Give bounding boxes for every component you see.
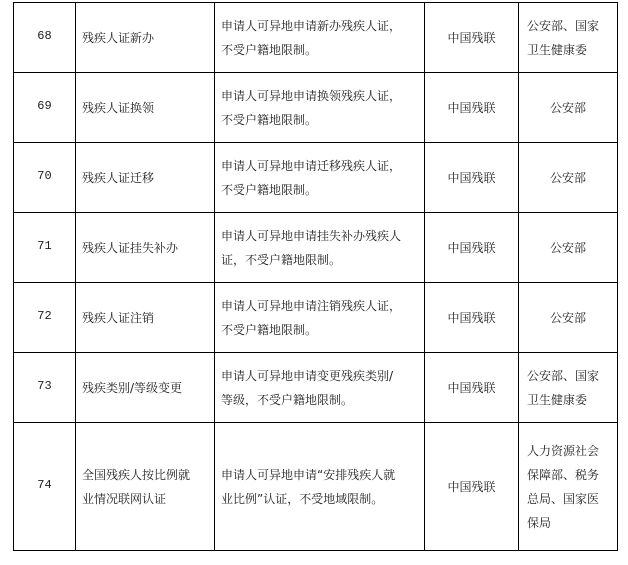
- item-name: 残疾人证挂失补办: [76, 213, 215, 283]
- item-name: 残疾人证注销: [76, 283, 215, 353]
- lead-department: 中国残联: [425, 143, 519, 213]
- row-number: 69: [14, 73, 76, 143]
- table-row: 73 残疾类别/等级变更 申请人可异地申请变更残疾类别/ 等级，不受户籍地限制。…: [14, 353, 618, 423]
- table-row: 70 残疾人证迁移 申请人可异地申请迁移残疾人证， 不受户籍地限制。 中国残联 …: [14, 143, 618, 213]
- item-description: 申请人可异地申请换领残疾人证， 不受户籍地限制。: [215, 73, 425, 143]
- lead-department: 中国残联: [425, 423, 519, 551]
- row-number: 68: [14, 3, 76, 73]
- row-number: 71: [14, 213, 76, 283]
- table-row: 69 残疾人证换领 申请人可异地申请换领残疾人证， 不受户籍地限制。 中国残联 …: [14, 73, 618, 143]
- row-number: 72: [14, 283, 76, 353]
- row-number: 70: [14, 143, 76, 213]
- row-number: 73: [14, 353, 76, 423]
- services-table: 68 残疾人证新办 申请人可异地申请新办残疾人证， 不受户籍地限制。 中国残联 …: [13, 2, 618, 551]
- item-description: 申请人可异地申请注销残疾人证， 不受户籍地限制。: [215, 283, 425, 353]
- cooperating-departments: 公安部: [519, 213, 618, 283]
- lead-department: 中国残联: [425, 353, 519, 423]
- table-row: 72 残疾人证注销 申请人可异地申请注销残疾人证， 不受户籍地限制。 中国残联 …: [14, 283, 618, 353]
- cooperating-departments: 人力资源社会 保障部、税务 总局、国家医 保局: [519, 423, 618, 551]
- item-description: 申请人可异地申请挂失补办残疾人 证，不受户籍地限制。: [215, 213, 425, 283]
- item-name: 全国残疾人按比例就 业情况联网认证: [76, 423, 215, 551]
- item-name: 残疾人证新办: [76, 3, 215, 73]
- table-row: 74 全国残疾人按比例就 业情况联网认证 申请人可异地申请“安排残疾人就 业比例…: [14, 423, 618, 551]
- item-name: 残疾人证迁移: [76, 143, 215, 213]
- cooperating-departments: 公安部: [519, 283, 618, 353]
- lead-department: 中国残联: [425, 3, 519, 73]
- cooperating-departments: 公安部: [519, 143, 618, 213]
- table-row: 71 残疾人证挂失补办 申请人可异地申请挂失补办残疾人 证，不受户籍地限制。 中…: [14, 213, 618, 283]
- item-name: 残疾类别/等级变更: [76, 353, 215, 423]
- row-number: 74: [14, 423, 76, 551]
- lead-department: 中国残联: [425, 213, 519, 283]
- item-description: 申请人可异地申请迁移残疾人证， 不受户籍地限制。: [215, 143, 425, 213]
- cooperating-departments: 公安部、国家 卫生健康委: [519, 3, 618, 73]
- item-name: 残疾人证换领: [76, 73, 215, 143]
- item-description: 申请人可异地申请变更残疾类别/ 等级，不受户籍地限制。: [215, 353, 425, 423]
- table-row: 68 残疾人证新办 申请人可异地申请新办残疾人证， 不受户籍地限制。 中国残联 …: [14, 3, 618, 73]
- lead-department: 中国残联: [425, 283, 519, 353]
- lead-department: 中国残联: [425, 73, 519, 143]
- cooperating-departments: 公安部、国家 卫生健康委: [519, 353, 618, 423]
- item-description: 申请人可异地申请“安排残疾人就 业比例”认证，不受地域限制。: [215, 423, 425, 551]
- cooperating-departments: 公安部: [519, 73, 618, 143]
- item-description: 申请人可异地申请新办残疾人证， 不受户籍地限制。: [215, 3, 425, 73]
